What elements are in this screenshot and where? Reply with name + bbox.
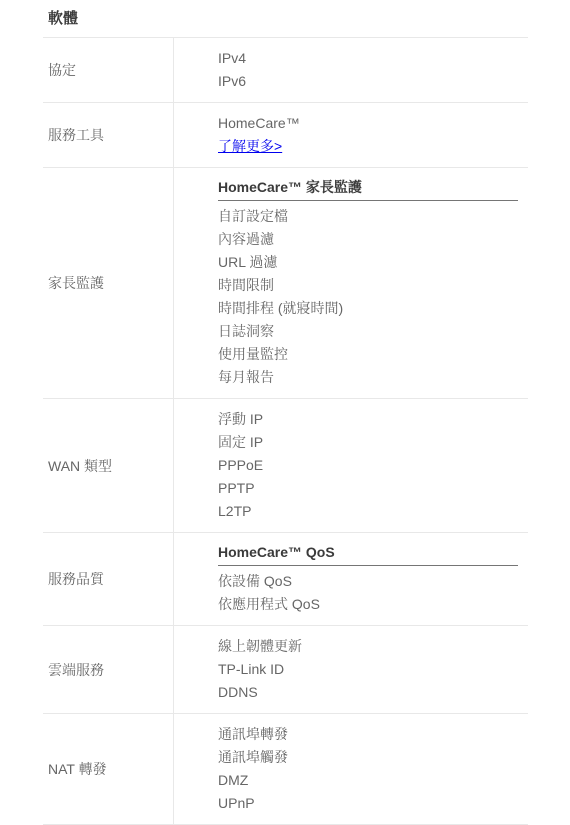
value-item: UPnP [218, 792, 518, 815]
value-item: 依設備 QoS [218, 570, 518, 593]
value-item: 內容過濾 [218, 228, 518, 251]
row-label: WAN 類型 [43, 399, 173, 532]
row-values: IPv4 IPv6 [173, 38, 528, 102]
spec-table: 協定 IPv4 IPv6 服務工具 HomeCare™ 了解更多> 家長監護 H… [43, 37, 528, 825]
row-label: 家長監護 [43, 168, 173, 398]
row-label: NAT 轉發 [43, 714, 173, 824]
value-item: 日誌洞察 [218, 320, 518, 343]
value-item: 線上韌體更新 [218, 635, 518, 658]
table-row-service-kits: 服務工具 HomeCare™ 了解更多> [43, 103, 528, 168]
value-item: 每月報告 [218, 366, 518, 389]
table-row-nat-forwarding: NAT 轉發 通訊埠轉發 通訊埠觸發 DMZ UPnP [43, 714, 528, 824]
value-item: IPv4 [218, 47, 518, 70]
row-values: 通訊埠轉發 通訊埠觸發 DMZ UPnP [173, 714, 528, 824]
table-row-parental-controls: 家長監護 HomeCare™ 家長監護 自訂設定檔 內容過濾 URL 過濾 時間… [43, 168, 528, 399]
value-item: L2TP [218, 500, 518, 523]
value-group-header: HomeCare™ QoS [218, 543, 518, 566]
row-values: HomeCare™ QoS 依設備 QoS 依應用程式 QoS [173, 533, 528, 625]
software-spec-section: 軟體 協定 IPv4 IPv6 服務工具 HomeCare™ 了解更多> 家長監… [43, 0, 528, 825]
value-group-header: HomeCare™ 家長監護 [218, 178, 518, 201]
value-item: 時間排程 (就寢時間) [218, 297, 518, 320]
value-item: 固定 IP [218, 431, 518, 454]
row-values: HomeCare™ 家長監護 自訂設定檔 內容過濾 URL 過濾 時間限制 時間… [173, 168, 528, 398]
value-item: PPTP [218, 477, 518, 500]
value-item: 自訂設定檔 [218, 205, 518, 228]
row-label: 服務工具 [43, 103, 173, 167]
value-item: 使用量監控 [218, 343, 518, 366]
value-item: DDNS [218, 681, 518, 704]
row-label: 服務品質 [43, 533, 173, 625]
value-item: 通訊埠觸發 [218, 746, 518, 769]
table-row-cloud-service: 雲端服務 線上韌體更新 TP-Link ID DDNS [43, 626, 528, 714]
value-item: HomeCare™ [218, 112, 518, 135]
row-values: 浮動 IP 固定 IP PPPoE PPTP L2TP [173, 399, 528, 532]
value-item: TP-Link ID [218, 658, 518, 681]
value-item: PPPoE [218, 454, 518, 477]
value-item: 依應用程式 QoS [218, 593, 518, 616]
table-row-qos: 服務品質 HomeCare™ QoS 依設備 QoS 依應用程式 QoS [43, 533, 528, 626]
value-item: URL 過濾 [218, 251, 518, 274]
value-item: 浮動 IP [218, 408, 518, 431]
value-item: DMZ [218, 769, 518, 792]
value-item: 時間限制 [218, 274, 518, 297]
row-values: HomeCare™ 了解更多> [173, 103, 528, 167]
learn-more-link[interactable]: 了解更多> [218, 138, 282, 154]
row-label: 協定 [43, 38, 173, 102]
section-title: 軟體 [43, 0, 528, 37]
row-values: 線上韌體更新 TP-Link ID DDNS [173, 626, 528, 713]
value-item: 通訊埠轉發 [218, 723, 518, 746]
row-label: 雲端服務 [43, 626, 173, 713]
value-item: IPv6 [218, 70, 518, 93]
table-row-protocol: 協定 IPv4 IPv6 [43, 38, 528, 103]
table-row-wan-type: WAN 類型 浮動 IP 固定 IP PPPoE PPTP L2TP [43, 399, 528, 533]
